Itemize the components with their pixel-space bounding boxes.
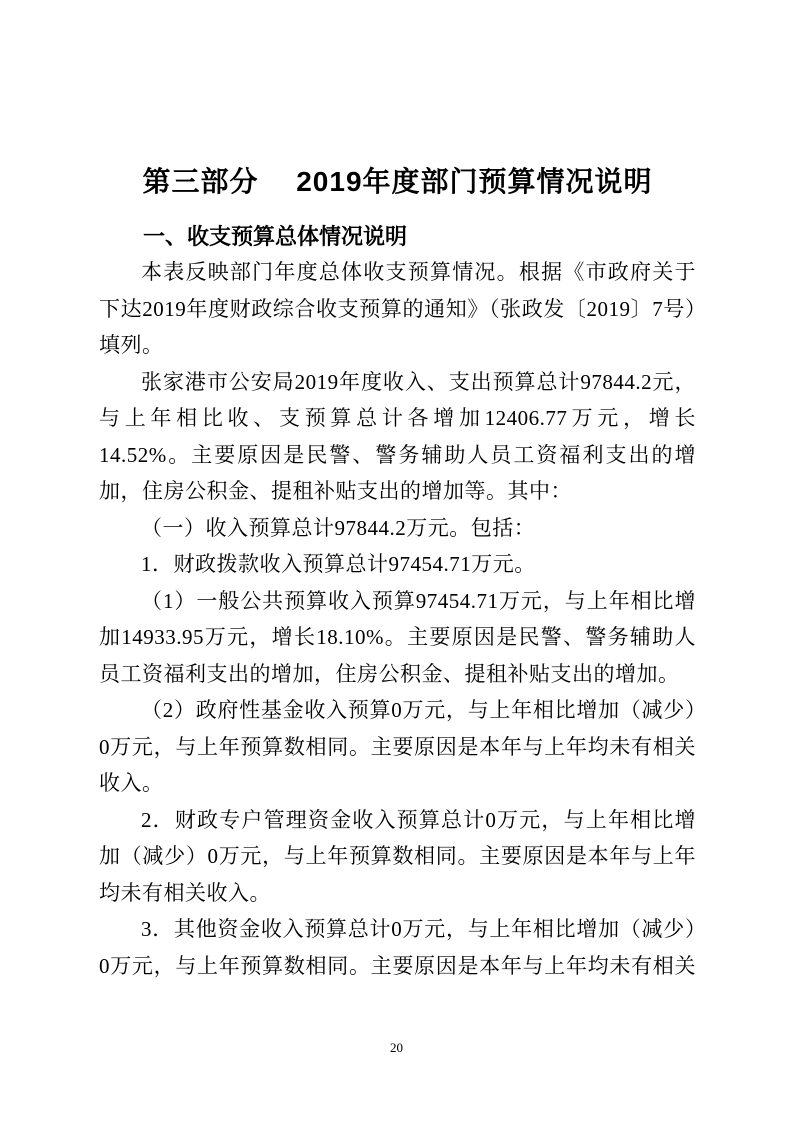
document-page: 第三部分 2019年度部门预算情况说明 一、收支预算总体情况说明 本表反映部门年… bbox=[0, 0, 793, 1122]
paragraph-other-funds: 3．其他资金收入预算总计0万元，与上年相比增加（减少）0万元，与上年预算数相同。… bbox=[99, 911, 696, 984]
document-body: 本表反映部门年度总体收支预算情况。根据《市政府关于下达2019年度财政综合收支预… bbox=[99, 254, 696, 984]
paragraph-general-public-budget: （1）一般公共预算收入预算97454.71万元，与上年相比增加14933.95万… bbox=[99, 583, 696, 693]
paragraph-fiscal-allocation: 1．财政拨款收入预算总计97454.71万元。 bbox=[99, 546, 696, 583]
paragraph-special-account-funds: 2．财政专户管理资金收入预算总计0万元，与上年相比增加（减少）0万元，与上年预算… bbox=[99, 802, 696, 912]
paragraph-basis: 本表反映部门年度总体收支预算情况。根据《市政府关于下达2019年度财政综合收支预… bbox=[99, 254, 696, 364]
section-heading: 一、收支预算总体情况说明 bbox=[99, 225, 696, 249]
document-title: 第三部分 2019年度部门预算情况说明 bbox=[99, 166, 696, 198]
paragraph-income-total: （一）收入预算总计97844.2万元。包括： bbox=[99, 510, 696, 547]
paragraph-government-fund: （2）政府性基金收入预算0万元，与上年相比增加（减少）0万元，与上年预算数相同。… bbox=[99, 692, 696, 802]
page-number: 20 bbox=[0, 1040, 793, 1056]
paragraph-total-budget: 张家港市公安局2019年度收入、支出预算总计97844.2元，与上年相比收、支预… bbox=[99, 364, 696, 510]
